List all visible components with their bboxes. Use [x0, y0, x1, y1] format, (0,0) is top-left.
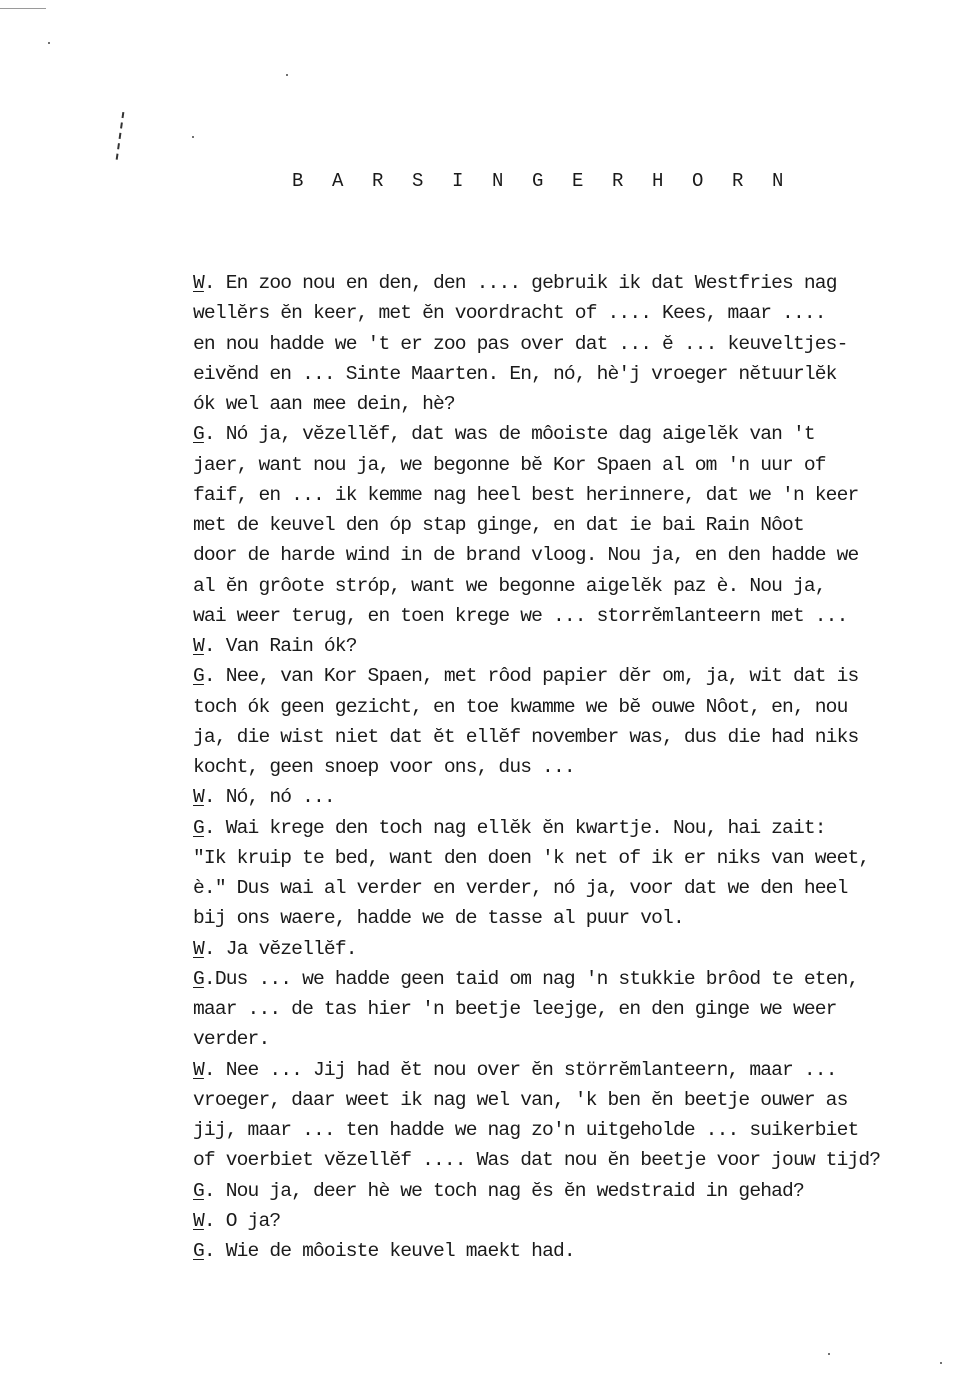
dialogue-line: al ĕn grôote stróp, want we begonne aige… [193, 571, 960, 601]
margin-pencil-mark [116, 112, 127, 160]
paper-speck [828, 1353, 830, 1355]
line-text: wai weer terug, en toen krege we ... sto… [193, 605, 848, 627]
dialogue-line: wellĕrs ĕn keer, met ĕn voordracht of ..… [193, 298, 960, 328]
dialogue-line: faif, en ... ik kemme nag heel best heri… [193, 480, 960, 510]
dialogue-line: of voerbiet vĕzellĕf .... Was dat nou ĕn… [193, 1145, 960, 1175]
line-text: toch ók geen gezicht, en toe kwamme we b… [193, 696, 848, 718]
line-text: . Nee, van Kor Spaen, met rôod papier dĕ… [204, 665, 859, 687]
line-text: . Wai krege den toch nag ellĕk ĕn kwartj… [204, 817, 826, 839]
speaker-label: G [193, 1240, 204, 1262]
dialogue-turn-start: G. Nó ja, vĕzellĕf, dat was de môoiste d… [193, 419, 960, 449]
line-text: è." Dus wai al verder en verder, nó ja, … [193, 877, 848, 899]
dialogue-turn-start: W. Nee ... Jij had ĕt nou over ĕn störrĕ… [193, 1055, 960, 1085]
speaker-label: G [193, 423, 204, 445]
line-text: "Ik kruip te bed, want den doen 'k net o… [193, 847, 869, 869]
speaker-label: G [193, 665, 204, 687]
paper-speck [48, 42, 50, 44]
document-title: B A R S I N G E R H O R N [292, 170, 792, 192]
line-text: . Ja vĕzellĕf. [204, 938, 357, 960]
line-text: door de harde wind in de brand vloog. No… [193, 544, 858, 566]
dialogue-turn-start: G.Dus ... we hadde geen taid om nag 'n s… [193, 964, 960, 994]
line-text: ók wel aan mee dein, hè? [193, 393, 455, 415]
line-text: . Nee ... Jij had ĕt nou over ĕn störrĕm… [204, 1059, 837, 1081]
speaker-label: W [193, 938, 204, 960]
scan-edge-mark [0, 8, 46, 9]
dialogue-line: "Ik kruip te bed, want den doen 'k net o… [193, 843, 960, 873]
dialogue-line: en nou hadde we 't er zoo pas over dat .… [193, 329, 960, 359]
speaker-label: W [193, 786, 204, 808]
dialogue-line: ók wel aan mee dein, hè? [193, 389, 960, 419]
line-text: . Wie de môoiste keuvel maekt had. [204, 1240, 575, 1262]
line-text: jij, maar ... ten hadde we nag zo'n uitg… [193, 1119, 858, 1141]
line-text: . Nó, nó ... [204, 786, 335, 808]
speaker-label: W [193, 1059, 204, 1081]
line-text: en nou hadde we 't er zoo pas over dat .… [193, 333, 848, 355]
dialogue-line: met de keuvel den óp stap ginge, en dat … [193, 510, 960, 540]
dialogue-turn-start: W. En zoo nou en den, den .... gebruik i… [193, 268, 960, 298]
line-text: jaer, want nou ja, we begonne bĕ Kor Spa… [193, 454, 826, 476]
speaker-label: W [193, 1210, 204, 1232]
dialogue-line: jij, maar ... ten hadde we nag zo'n uitg… [193, 1115, 960, 1145]
line-text: of voerbiet vĕzellĕf .... Was dat nou ĕn… [193, 1149, 880, 1171]
dialogue-line: ja, die wist niet dat ĕt ellĕf november … [193, 722, 960, 752]
dialogue-line: è." Dus wai al verder en verder, nó ja, … [193, 873, 960, 903]
dialogue-line: jaer, want nou ja, we begonne bĕ Kor Spa… [193, 450, 960, 480]
line-text: verder. [193, 1028, 269, 1050]
dialogue-turn-start: W. O ja? [193, 1206, 960, 1236]
dialogue-turn-start: G. Nee, van Kor Spaen, met rôod papier d… [193, 661, 960, 691]
dialogue-line: wai weer terug, en toen krege we ... sto… [193, 601, 960, 631]
line-text: al ĕn grôote stróp, want we begonne aige… [193, 575, 826, 597]
speaker-label: W [193, 635, 204, 657]
line-text: wellĕrs ĕn keer, met ĕn voordracht of ..… [193, 302, 826, 324]
line-text: vroeger, daar weet ik nag wel van, 'k be… [193, 1089, 848, 1111]
line-text: bij ons waere, hadde we de tasse al puur… [193, 907, 684, 929]
line-text: ja, die wist niet dat ĕt ellĕf november … [193, 726, 858, 748]
paper-speck [286, 74, 288, 76]
line-text: maar ... de tas hier 'n beetje leejge, e… [193, 998, 837, 1020]
transcript-body: W. En zoo nou en den, den .... gebruik i… [193, 268, 960, 1266]
dialogue-turn-start: G. Wie de môoiste keuvel maekt had. [193, 1236, 960, 1266]
dialogue-line: door de harde wind in de brand vloog. No… [193, 540, 960, 570]
dialogue-line: eivĕnd en ... Sinte Maarten. En, nó, hè'… [193, 359, 960, 389]
line-text: . En zoo nou en den, den .... gebruik ik… [204, 272, 837, 294]
dialogue-turn-start: G. Nou ja, deer hè we toch nag ĕs ĕn wed… [193, 1176, 960, 1206]
line-text: eivĕnd en ... Sinte Maarten. En, nó, hè'… [193, 363, 837, 385]
line-text: kocht, geen snoep voor ons, dus ... [193, 756, 575, 778]
speaker-label: G [193, 1180, 204, 1202]
line-text: .Dus ... we hadde geen taid om nag 'n st… [204, 968, 859, 990]
dialogue-line: bij ons waere, hadde we de tasse al puur… [193, 903, 960, 933]
line-text: met de keuvel den óp stap ginge, en dat … [193, 514, 804, 536]
dialogue-line: kocht, geen snoep voor ons, dus ... [193, 752, 960, 782]
line-text: . Nó ja, vĕzellĕf, dat was de môoiste da… [204, 423, 815, 445]
dialogue-turn-start: W. Nó, nó ... [193, 782, 960, 812]
line-text: . Van Rain ók? [204, 635, 357, 657]
dialogue-turn-start: G. Wai krege den toch nag ellĕk ĕn kwart… [193, 813, 960, 843]
speaker-label: G [193, 817, 204, 839]
speaker-label: W [193, 272, 204, 294]
speaker-label: G [193, 968, 204, 990]
dialogue-line: maar ... de tas hier 'n beetje leejge, e… [193, 994, 960, 1024]
line-text: . O ja? [204, 1210, 280, 1232]
paper-speck [192, 136, 194, 138]
dialogue-turn-start: W. Ja vĕzellĕf. [193, 934, 960, 964]
paper-speck [940, 1362, 942, 1364]
dialogue-line: vroeger, daar weet ik nag wel van, 'k be… [193, 1085, 960, 1115]
line-text: . Nou ja, deer hè we toch nag ĕs ĕn weds… [204, 1180, 804, 1202]
dialogue-line: toch ók geen gezicht, en toe kwamme we b… [193, 692, 960, 722]
dialogue-turn-start: W. Van Rain ók? [193, 631, 960, 661]
dialogue-line: verder. [193, 1024, 960, 1054]
line-text: faif, en ... ik kemme nag heel best heri… [193, 484, 858, 506]
